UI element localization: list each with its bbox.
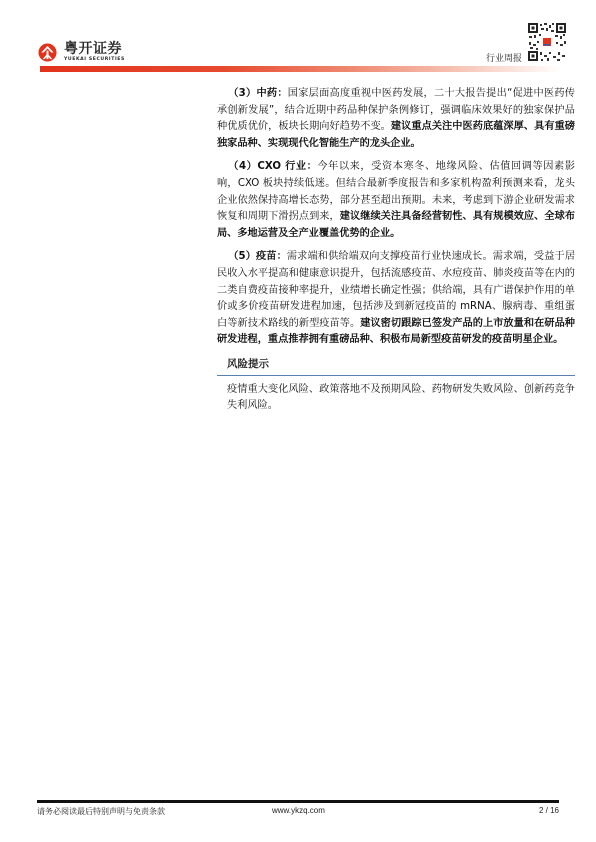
paragraph-tcm: （3）中药：国家层面高度重视中医药发展，二十大报告提出“促进中医药传承创新发展”… (217, 86, 575, 152)
paragraph-cxo: （4）CXO 行业：今年以来，受资本寒冬、地缘风险、估值回调等因素影响，CXO … (217, 159, 575, 242)
yuekai-logo-icon (38, 43, 57, 62)
header-gradient-bar (40, 66, 562, 72)
risk-heading: 风险提示 (217, 356, 575, 376)
paragraph-vaccine: （5）疫苗：需求端和供给端双向支撑疫苗行业快速成长。需求端，受益于居民收入水平提… (217, 249, 575, 349)
section-label-tcm: （3）中药： (228, 88, 288, 99)
company-logo: 粤开证券 YUEKAI SECURITIES (38, 40, 125, 64)
risk-text: 疫情重大变化风险、政策落地不及预期风险、药物研发失败风险、创新药竞争失利风险。 (217, 382, 575, 415)
report-body: （3）中药：国家层面高度重视中医药发展，二十大报告提出“促进中医药传承创新发展”… (217, 86, 575, 415)
section-label-vaccine: （5）疫苗： (228, 251, 287, 262)
footer-disclaimer: 请务必阅读最后特别声明与免责条款 (37, 806, 165, 817)
footer-divider (37, 800, 559, 803)
qr-code-icon (527, 22, 567, 62)
section-label-cxo: （4）CXO 行业： (228, 161, 317, 172)
page-number: 2 / 16 (539, 806, 559, 815)
logo-chinese-name: 粤开证券 (64, 42, 125, 56)
logo-english-name: YUEKAI SECURITIES (64, 58, 125, 63)
report-type-label: 行业周报 (486, 51, 522, 64)
footer-website-link[interactable]: www.ykzq.com (272, 806, 325, 815)
